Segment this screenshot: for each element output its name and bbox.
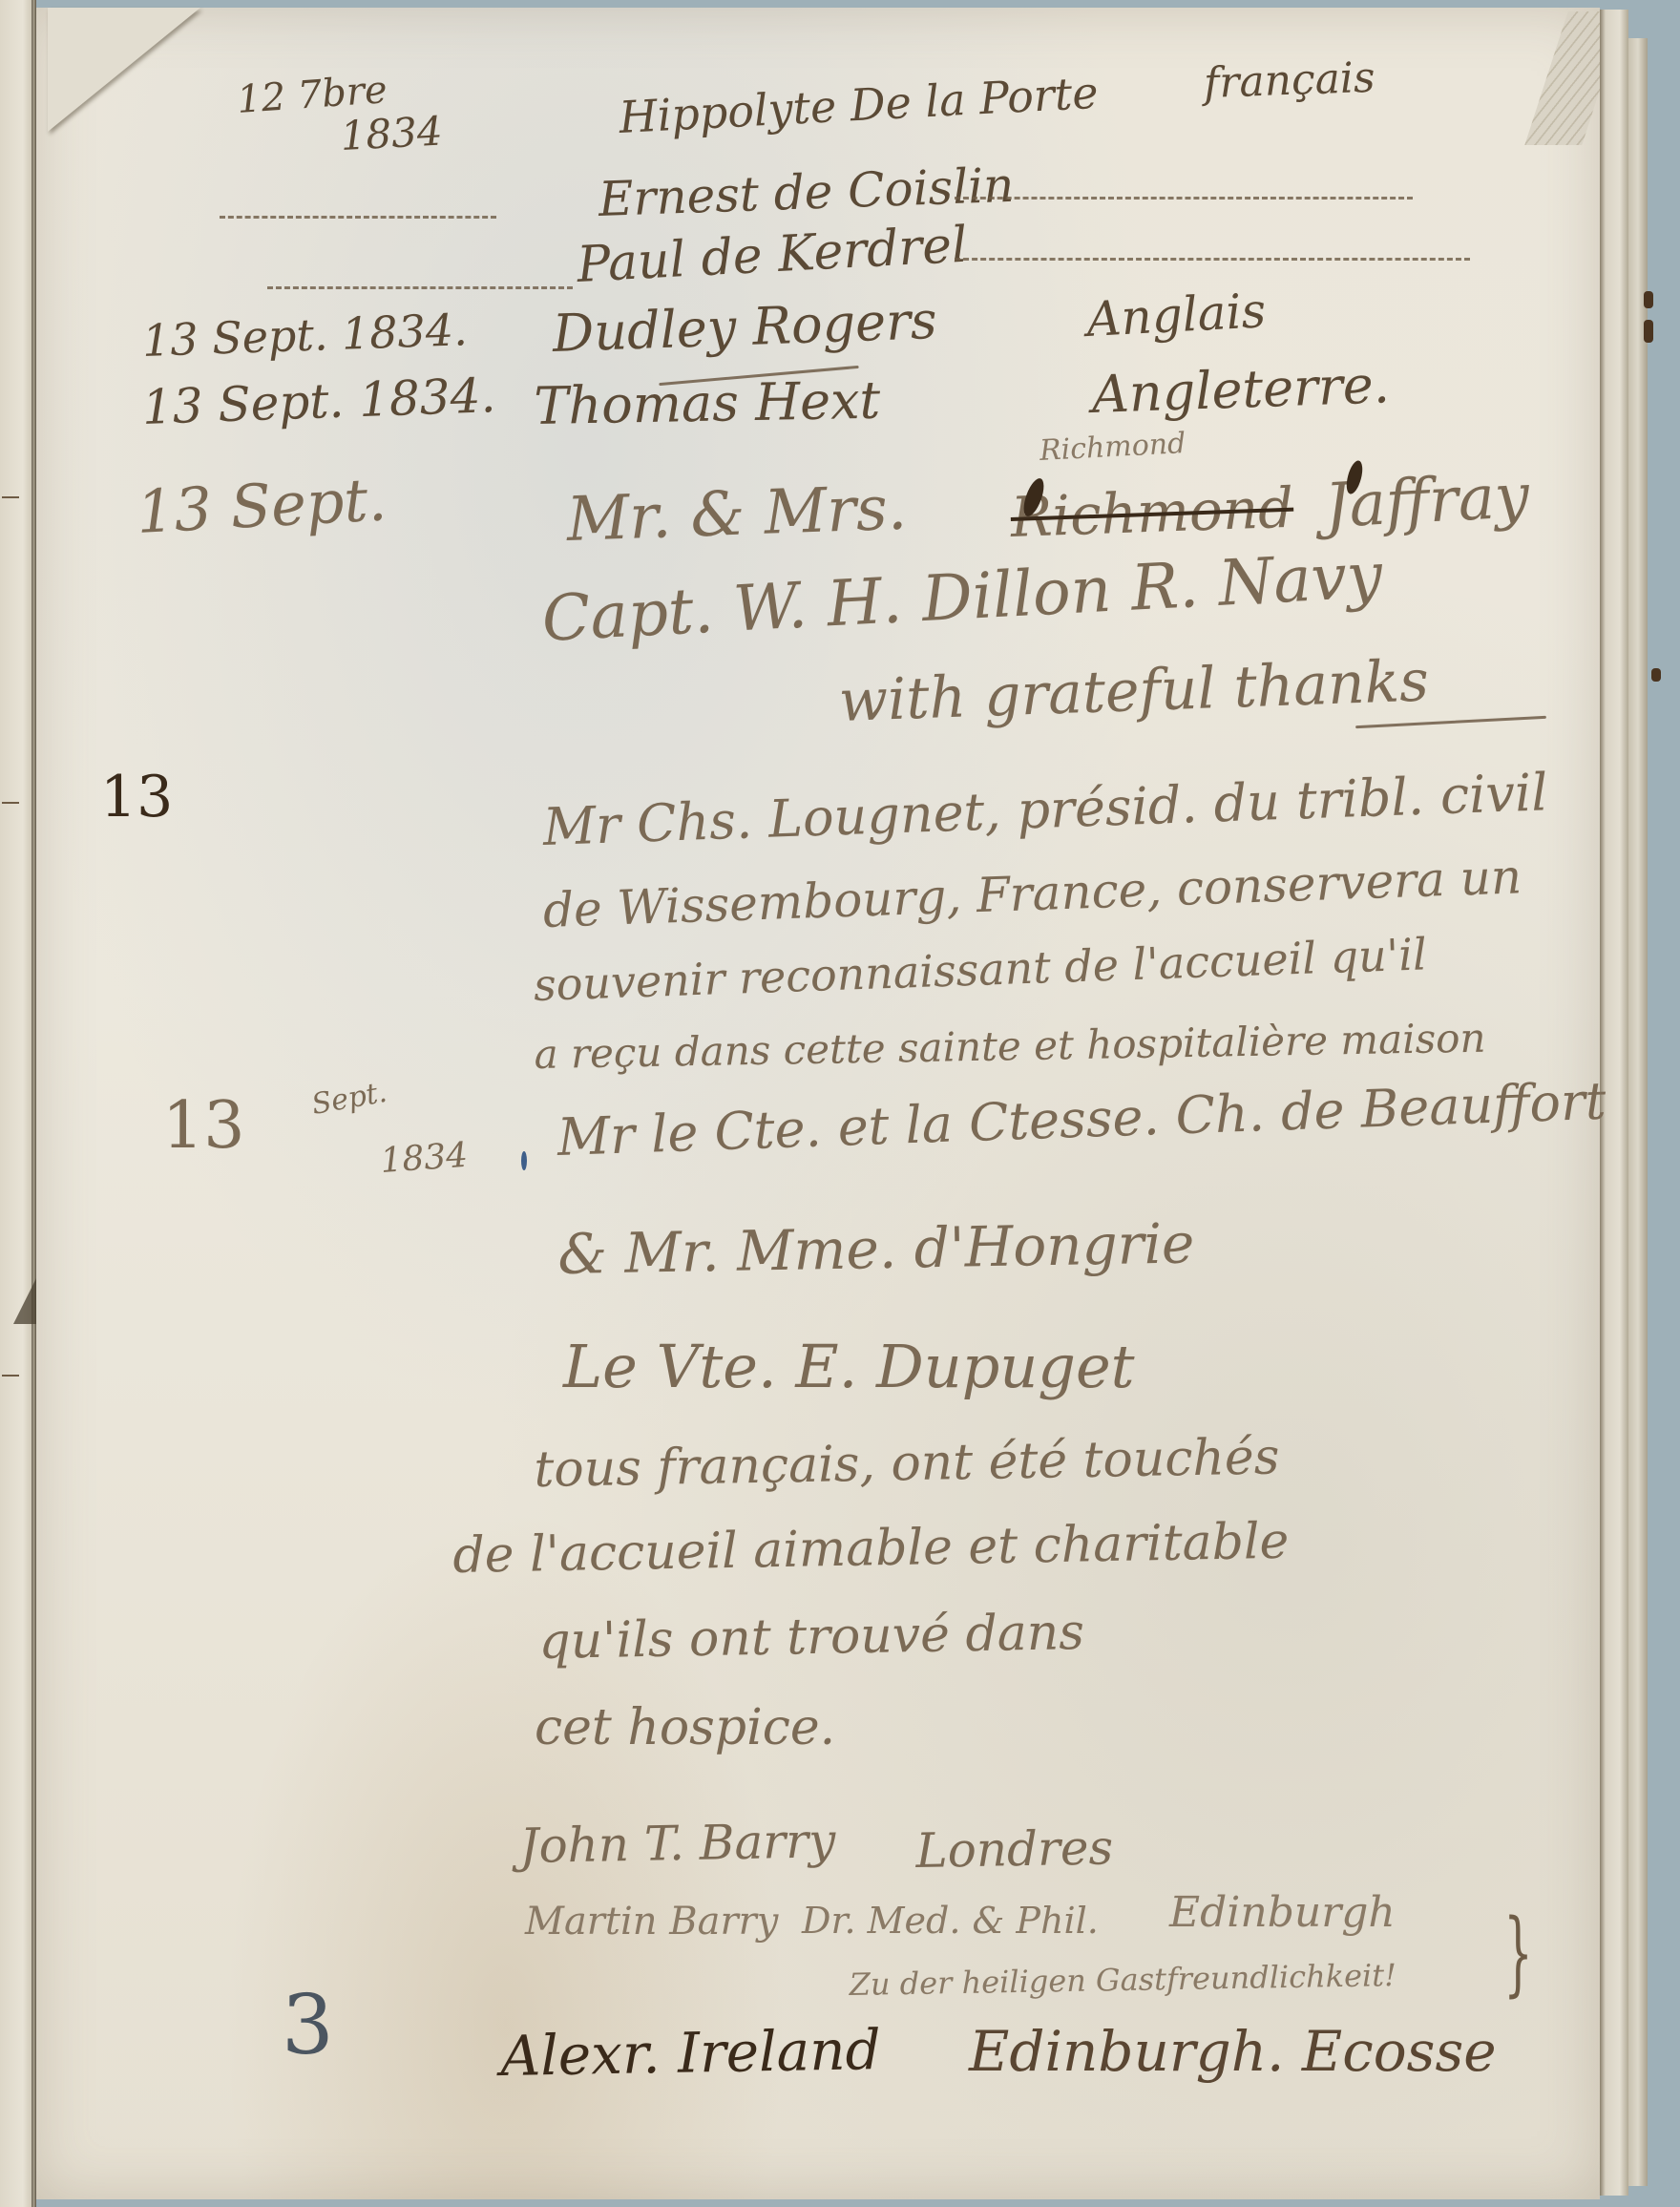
visitor-name: John T. Barry xyxy=(519,1813,836,1874)
visitor-place: Londres xyxy=(915,1819,1114,1879)
entry-date-year: 1834 xyxy=(339,107,443,159)
folded-corner-top-left xyxy=(48,8,200,132)
visitor-place: Edinburgh. Ecosse xyxy=(969,2019,1497,2084)
visitor-name: Thomas Hext xyxy=(534,370,881,436)
visitor-name: Alexr. Ireland xyxy=(500,2017,881,2089)
visitor-title: Dr. Med. & Phil. xyxy=(802,1900,1099,1942)
visitor-name-prefix: Mr. & Mrs. xyxy=(565,473,908,556)
facing-page-edge xyxy=(0,0,32,2207)
entry-text-line: Le Vte. E. Dupuget xyxy=(563,1332,1135,1401)
curly-brace: } xyxy=(1503,1900,1533,2007)
blue-ink-mark xyxy=(521,1151,527,1170)
separator-dash xyxy=(267,286,573,289)
separator-dash xyxy=(220,216,496,219)
page-edge-right-stack xyxy=(1628,38,1648,2186)
visitor-place: Edinburgh xyxy=(1169,1888,1396,1937)
entry-date: 13 xyxy=(100,764,173,830)
page-number: 3 xyxy=(282,1978,334,2073)
entry-date-day: 13 xyxy=(162,1088,245,1164)
entry-date: 13 Sept. xyxy=(135,464,388,547)
entry-text-line: qu'ils ont trouvé dans xyxy=(538,1604,1084,1671)
visitor-nationality: Anglais xyxy=(1085,283,1268,347)
entry-text-line: cet hospice. xyxy=(535,1699,835,1756)
separator-dash xyxy=(955,197,1413,200)
entry-text-line: & Mr. Mme. d'Hongrie xyxy=(557,1210,1195,1287)
separator-dash xyxy=(955,258,1470,261)
struck-out-word: Richmond xyxy=(1010,475,1295,550)
entry-date-year: 1834 xyxy=(379,1136,469,1181)
visitor-nationality: Angleterre. xyxy=(1091,354,1391,425)
facing-page-marks xyxy=(0,0,32,2207)
visitor-nationality: français xyxy=(1203,53,1375,108)
visitor-name: Martin Barry xyxy=(525,1900,778,1944)
